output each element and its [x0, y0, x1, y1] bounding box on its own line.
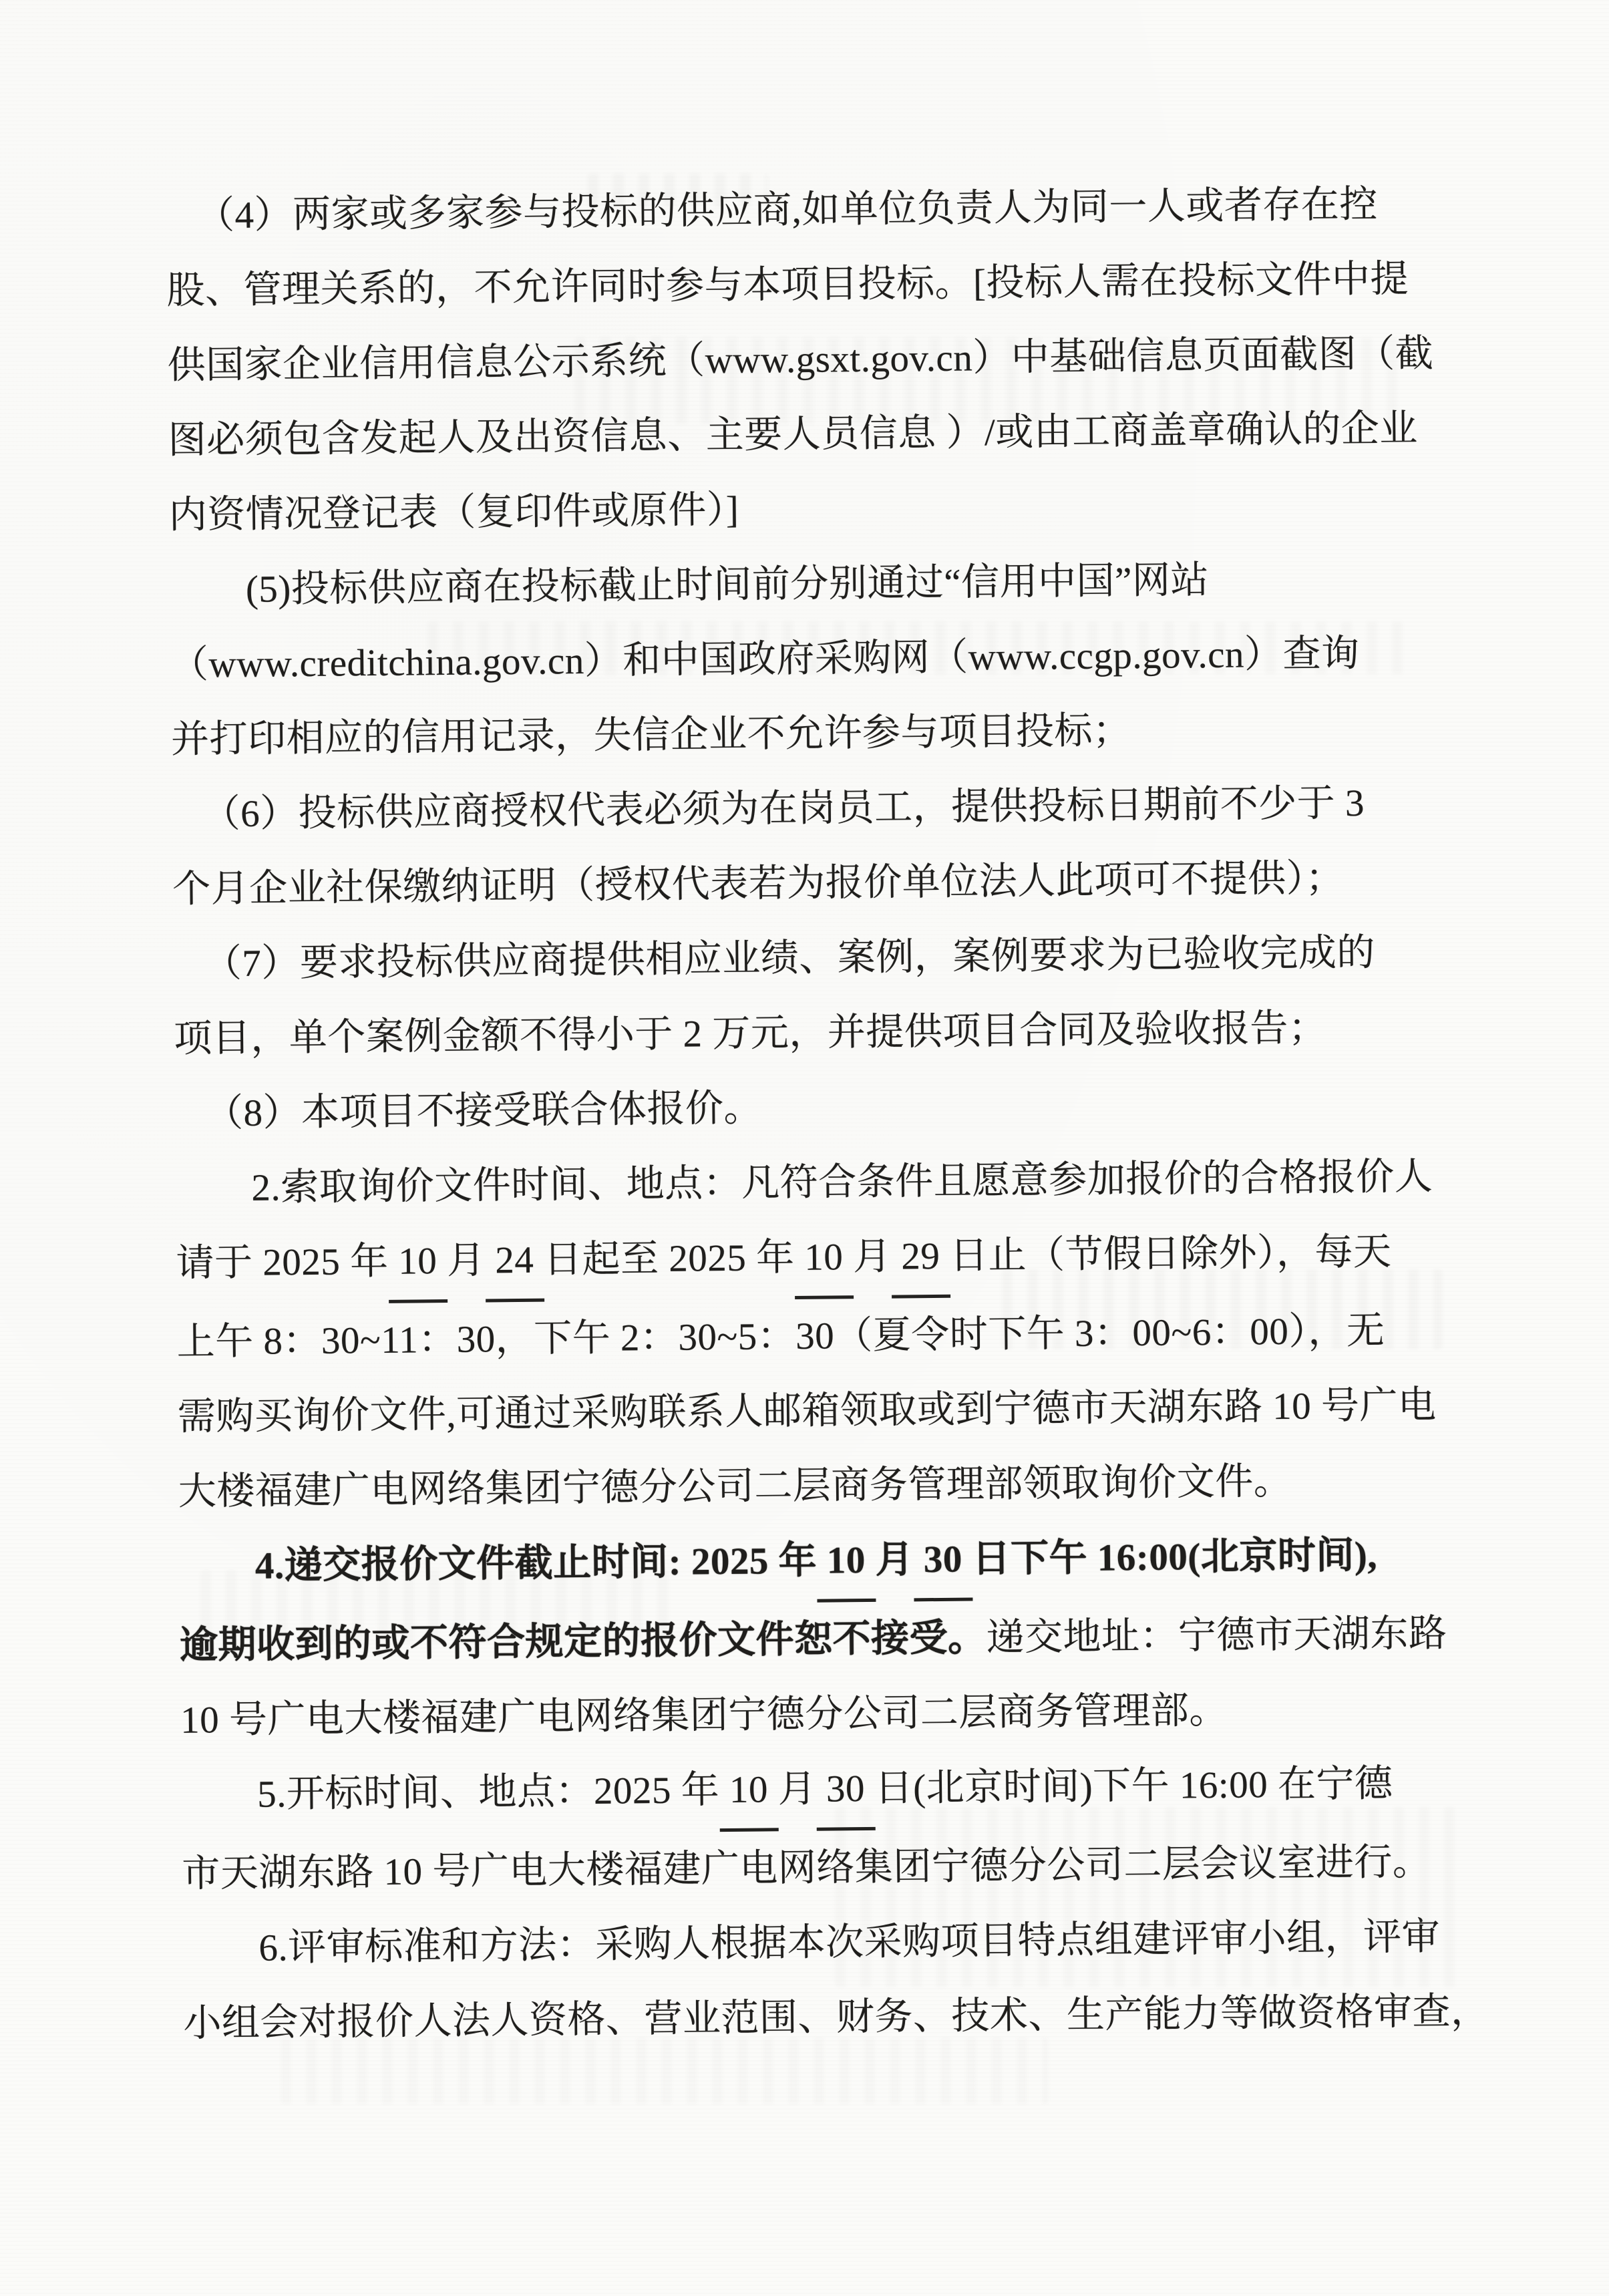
text-line: 请于 2025 年 10 月 24 日起至 2025 年 10 月 29 日止（… — [176, 1214, 1465, 1305]
text-segment: 日(北京时间)下午 16:00 在宁德 — [874, 1746, 1393, 1826]
text-line: （6）投标供应商授权代表必须为在岗员工，提供投标日期前不少于 3 — [172, 765, 1461, 852]
text-segment: 大楼福建广电网络集团宁德分公司二层商务管理部领取询价文件。 — [178, 1444, 1292, 1530]
text-segment: 项目，单个案例金额不得小于 2 万元，并提供项目合同及验收报告； — [174, 991, 1327, 1077]
text-line: 5.开标时间、地点：2025 年 10 月 30 日(北京时间)下午 16:00… — [181, 1746, 1471, 1837]
text-segment: 市天湖东路 10 号广电大楼福建广电网络集团宁德分公司二层会议室进行。 — [182, 1825, 1431, 1912]
text-segment: 请于 2025 年 — [176, 1224, 389, 1301]
underlined-date-value: 24 — [485, 1223, 544, 1303]
scanned-document-page: （4）两家或多家参与投标的供应商,如单位负责人为同一人或者存在控股、管理关系的，… — [0, 0, 1609, 2296]
text-line: 项目，单个案例金额不得小于 2 万元，并提供项目合同及验收报告； — [174, 989, 1463, 1077]
text-segment: 图必须包含发起人及出资信息、主要人员信息 ）/或由工商盖章确认的企业 — [168, 391, 1418, 478]
underlined-date-value: 10 — [719, 1752, 779, 1832]
text-segment: 供国家企业信用信息公示系统（www.gsxt.gov.cn）中基础信息页面截图（… — [167, 317, 1434, 403]
text-segment: 日止（节假日除外），每天 — [949, 1214, 1392, 1293]
text-line: 2.索取询价文件时间、地点：凡符合条件且愿意参加报价的合格报价人 — [175, 1139, 1465, 1226]
text-line: 并打印相应的信用记录，失信企业不允许参与项目投标； — [171, 690, 1461, 778]
text-segment: （6）投标供应商授权代表必须为在岗员工，提供投标日期前不少于 3 — [202, 766, 1365, 852]
text-segment: 月 — [447, 1223, 486, 1299]
text-line: 供国家企业信用信息公示系统（www.gsxt.gov.cn）中基础信息页面截图（… — [167, 316, 1457, 403]
text-segment: （www.creditchina.gov.cn）和中国政府采购网（www.ccg… — [170, 617, 1360, 703]
text-segment: 月 — [875, 1522, 914, 1598]
text-segment: 递交地址：宁德市天湖东路 — [986, 1597, 1447, 1676]
text-line: （www.creditchina.gov.cn）和中国政府采购网（www.ccg… — [170, 615, 1459, 703]
document-body: （4）两家或多家参与投标的供应商,如单位负责人为同一人或者存在控股、管理关系的，… — [166, 166, 1473, 2061]
underlined-date-value: 10 — [794, 1220, 854, 1299]
text-line: 大楼福建广电网络集团宁德分公司二层商务管理部领取询价文件。 — [178, 1442, 1467, 1530]
text-segment: 逾期收到的或不符合规定的报价文件恕不接受。 — [180, 1601, 987, 1683]
text-line: 内资情况登记表（复印件或原件）] — [168, 466, 1458, 553]
underlined-date-value: 30 — [914, 1522, 973, 1602]
text-segment: 股、管理关系的，不允许同时参与本项目投标。[投标人需在投标文件中提 — [166, 242, 1409, 329]
underlined-date-value: 10 — [388, 1224, 448, 1303]
text-line: 逾期收到的或不符合规定的报价文件恕不接受。递交地址：宁德市天湖东路 — [180, 1596, 1469, 1683]
text-segment: （8）本项目不接受联合体报价。 — [204, 1071, 762, 1151]
text-segment: 日起至 2025 年 — [544, 1220, 795, 1298]
text-segment: (5)投标供应商在投标截止时间前分别通过“信用中国”网站 — [245, 543, 1209, 627]
text-segment: 并打印相应的信用记录，失信企业不允许参与项目投标； — [171, 693, 1132, 778]
text-segment: 月 — [853, 1220, 892, 1295]
text-line: 上午 8：30~11：30，下午 2：30~5：30（夏令时下午 3：00~6：… — [176, 1293, 1466, 1380]
text-line: 市天湖东路 10 号广电大楼福建广电网络集团宁德分公司二层会议室进行。 — [182, 1824, 1471, 1912]
text-line: 股、管理关系的，不允许同时参与本项目投标。[投标人需在投标文件中提 — [166, 241, 1456, 329]
text-segment: 需购买询价文件,可通过采购联系人邮箱领取或到宁德市天湖东路 10 号广电 — [177, 1368, 1437, 1455]
text-line: （8）本项目不接受联合体报价。 — [174, 1064, 1464, 1152]
text-line: (5)投标供应商在投标截止时间前分别通过“信用中国”网站 — [169, 540, 1459, 628]
text-line: 小组会对报价人法人资格、营业范围、财务、技术、生产能力等做资格审查， — [183, 1974, 1473, 2062]
text-segment: 日下午 16:00(北京时间), — [972, 1518, 1378, 1597]
text-segment: 10 号广电大楼福建广电网络集团宁德分公司二层商务管理部。 — [180, 1673, 1228, 1758]
text-segment: 小组会对报价人法人资格、营业范围、财务、技术、生产能力等做资格审查， — [183, 1974, 1489, 2062]
text-line: 6.评审标准和方法：采购人根据本次采购项目特点组建评审小组，评审 — [182, 1899, 1472, 1987]
text-segment: 2.索取询价文件时间、地点：凡符合条件且愿意参加报价的合格报价人 — [251, 1140, 1433, 1226]
underlined-date-value: 30 — [816, 1752, 876, 1831]
text-line: 图必须包含发起人及出资信息、主要人员信息 ）/或由工商盖章确认的企业 — [168, 391, 1457, 478]
text-line: 4.递交报价文件截止时间: 2025 年 10 月 30 日下午 16:00(北… — [178, 1517, 1468, 1609]
text-segment: 月 — [777, 1752, 817, 1828]
text-line: 需购买询价文件,可通过采购联系人邮箱领取或到宁德市天湖东路 10 号广电 — [177, 1367, 1467, 1455]
underlined-date-value: 10 — [817, 1523, 876, 1603]
text-line: （7）要求投标供应商提供相应业绩、案例，案例要求为已验收完成的 — [173, 915, 1463, 1002]
text-segment: 4.递交报价文件截止时间: 2025 年 — [254, 1524, 817, 1604]
text-segment: 5.开标时间、地点：2025 年 — [257, 1753, 720, 1832]
text-segment: （4）两家或多家参与投标的供应商,如单位负责人为同一人或者存在控 — [196, 168, 1379, 254]
underlined-date-value: 29 — [891, 1219, 950, 1299]
text-line: 10 号广电大楼福建广电网络集团宁德分公司二层商务管理部。 — [180, 1671, 1470, 1758]
text-segment: 个月企业社保缴纳证明（授权代表若为报价单位法人此项可不提供）； — [172, 841, 1345, 927]
text-line: 个月企业社保缴纳证明（授权代表若为报价单位法人此项可不提供）； — [172, 840, 1462, 927]
text-line: （4）两家或多家参与投标的供应商,如单位负责人为同一人或者存在控 — [166, 166, 1455, 254]
text-segment: 内资情况登记表（复印件或原件）] — [168, 473, 739, 553]
text-segment: （7）要求投标供应商提供相应业绩、案例，案例要求为已验收完成的 — [203, 916, 1375, 1002]
text-segment: 6.评审标准和方法：采购人根据本次采购项目特点组建评审小组，评审 — [258, 1900, 1441, 1986]
text-segment: 上午 8：30~11：30，下午 2：30~5：30（夏令时下午 3：00~6：… — [176, 1294, 1385, 1380]
